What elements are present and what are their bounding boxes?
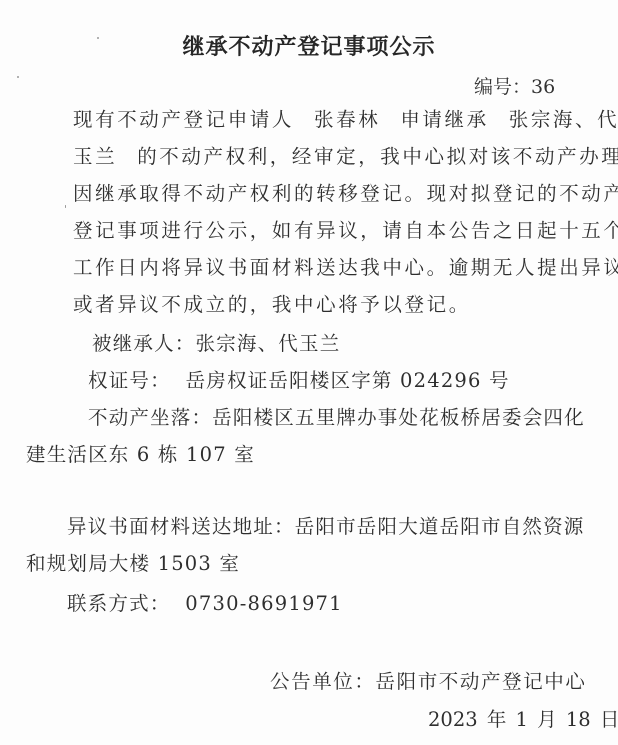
text-segment: 现有不动产登记申请人 <box>73 108 294 131</box>
serial-number: 编号：36 <box>474 72 555 99</box>
objection-address-line-1: 异议书面材料送达地址：岳阳市岳阳大道岳阳市自然资源 <box>67 511 585 539</box>
applicant-name: 张春林 <box>314 108 380 131</box>
text-segment: 的不动产权利，经审定，我中心拟对该不动产办理 <box>137 145 618 168</box>
paragraph-line-3: 因继承取得不动产权利的转移登记。现对拟登记的不动产 <box>73 178 618 206</box>
paragraph-line-4: 登记事项进行公示，如有异议，请自本公告之日起十五个 <box>73 215 618 243</box>
paragraph-line-2: 玉兰的不动产权利，经审定，我中心拟对该不动产办理 <box>73 141 618 169</box>
objection-address-line-2: 和规划局大楼 1503 室 <box>26 548 240 576</box>
decedent-line: 被继承人：张宗海、代玉兰 <box>92 328 340 356</box>
decedent-names: 张宗海、代 <box>509 108 618 131</box>
scan-speck <box>65 205 66 208</box>
issue-date: 2023 年 1 月 18 日 <box>428 704 618 732</box>
document-title: 继承不动产登记事项公示 <box>0 30 618 61</box>
contact-line: 联系方式： 0730-8691971 <box>67 588 343 616</box>
paragraph-line-5: 工作日内将异议书面材料送达我中心。逾期无人提出异议 <box>73 252 618 280</box>
issuer: 公告单位：岳阳市不动产登记中心 <box>270 666 587 694</box>
decedent-names: 玉兰 <box>73 145 117 168</box>
scan-speck <box>17 76 19 78</box>
paragraph-line-1: 现有不动产登记申请人张春林申请继承张宗海、代 <box>73 104 618 132</box>
scanned-notice-page: 继承不动产登记事项公示 编号：36 现有不动产登记申请人张春林申请继承张宗海、代… <box>0 0 618 745</box>
text-segment: 申请继承 <box>400 108 488 131</box>
paragraph-line-6: 或者异议不成立的，我中心将予以登记。 <box>73 289 471 317</box>
location-line-1: 不动产坐落：岳阳楼区五里牌办事处花板桥居委会四化 <box>88 402 585 430</box>
certificate-line: 权证号： 岳房权证岳阳楼区字第 024296 号 <box>88 365 510 393</box>
location-line-2: 建生活区东 6 栋 107 室 <box>26 439 255 467</box>
